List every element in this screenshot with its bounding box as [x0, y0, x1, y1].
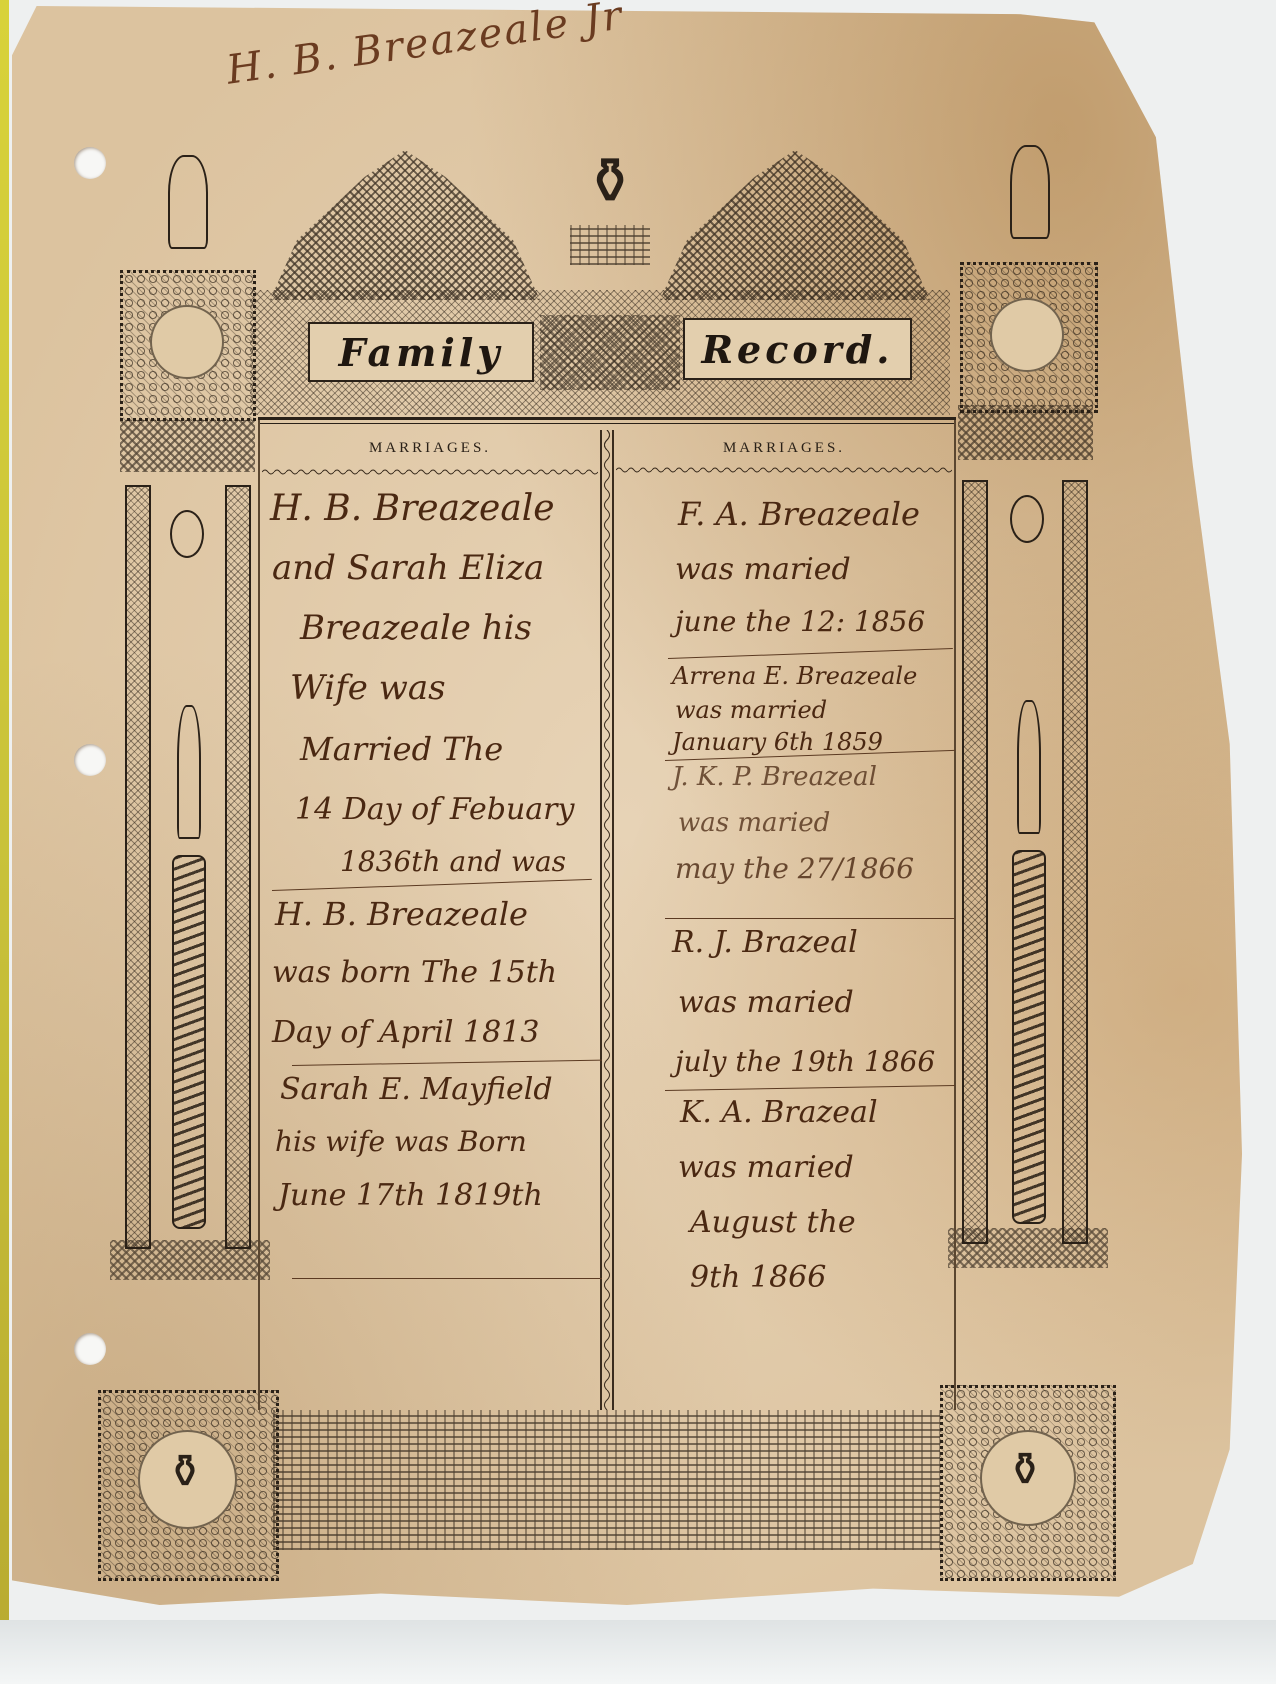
- handwritten-line: 1836th and was: [340, 845, 566, 878]
- left-checker-band: [120, 420, 255, 472]
- punch-hole: [74, 147, 106, 179]
- handwritten-line: 9th 1866: [690, 1260, 826, 1295]
- column-heading-right: MARRIAGES.: [616, 440, 952, 457]
- title-record: Record.: [701, 327, 893, 372]
- right-spire: [1017, 700, 1041, 834]
- right-inner-column: [1062, 480, 1088, 1244]
- bottom-ornamental-band: [273, 1410, 940, 1550]
- title-right-box: Record.: [683, 318, 912, 380]
- finial-ornament: [168, 155, 208, 249]
- handwritten-line: 14 Day of Febuary: [295, 792, 574, 827]
- left-twisted-column: [172, 855, 206, 1229]
- right-twisted-column: [1012, 850, 1046, 1224]
- handwritten-line: F. A. Breazeale: [678, 495, 920, 533]
- entry-separator: [665, 918, 955, 919]
- handwritten-line: Sarah E. Mayfield: [280, 1072, 553, 1107]
- handwritten-line: Married The: [300, 730, 503, 768]
- right-outer-column: [962, 480, 988, 1244]
- wavy-rule-left: [262, 468, 598, 476]
- right-frame-line: [954, 420, 956, 1410]
- sleeve-edge: [0, 1620, 1276, 1684]
- wavy-divider: [600, 430, 614, 1410]
- handwritten-line: and Sarah Eliza: [272, 548, 544, 588]
- handwritten-line: may the 27/1866: [675, 852, 914, 885]
- handwritten-line: R. J. Brazeal: [672, 925, 858, 960]
- urn-icon: ⚱: [150, 1448, 220, 1494]
- handwritten-line: August the: [690, 1205, 856, 1240]
- handwritten-line: july the 19th 1866: [675, 1045, 935, 1078]
- handwritten-line: January 6th 1859: [672, 728, 883, 756]
- medallion: [990, 298, 1064, 372]
- urn-icon: ⚱: [990, 1446, 1060, 1492]
- handwritten-line: June 17th 1819th: [278, 1178, 543, 1213]
- hanging-ornament: [170, 510, 204, 558]
- medallion: [150, 305, 224, 379]
- right-column-base: [948, 1228, 1108, 1268]
- handwritten-line: june the 12: 1856: [675, 605, 925, 638]
- right-checker-band: [958, 405, 1093, 460]
- handwritten-line: was married: [675, 696, 827, 724]
- handwritten-line: was maried: [678, 808, 830, 838]
- finial-ornament: [1010, 145, 1050, 239]
- left-outer-column: [125, 485, 151, 1249]
- handwritten-line: K. A. Brazeal: [680, 1095, 878, 1130]
- wavy-rule-right: [616, 466, 952, 474]
- title-left-box: Family: [308, 322, 534, 382]
- punch-hole: [74, 1333, 106, 1365]
- handwritten-line: H. B. Breazeale: [275, 895, 528, 933]
- left-spire: [177, 705, 201, 839]
- title-family: Family: [339, 330, 504, 375]
- handwritten-line: Day of April 1813: [272, 1015, 539, 1050]
- punch-hole: [74, 744, 106, 776]
- header-rule-thin: [258, 423, 956, 424]
- urn-pedestal: [570, 225, 650, 265]
- handwritten-line: was born The 15th: [272, 955, 557, 990]
- center-ornament: [540, 315, 680, 390]
- handwritten-line: J. K. P. Breazeal: [672, 762, 877, 792]
- handwritten-line: his wife was Born: [275, 1125, 527, 1158]
- handwritten-line: H. B. Breazeale: [270, 488, 555, 529]
- handwritten-line: was maried: [678, 985, 854, 1020]
- handwritten-line: Arrena E. Breazeale: [672, 662, 917, 690]
- handwritten-line: Breazeale his: [300, 608, 532, 648]
- header-rule: [258, 417, 956, 420]
- entry-separator: [292, 1278, 602, 1279]
- left-inner-column: [225, 485, 251, 1249]
- urn-icon: ⚱: [575, 150, 645, 214]
- left-frame-line: [258, 420, 260, 1410]
- column-heading-left: MARRIAGES.: [262, 440, 598, 457]
- handwritten-line: Wife was: [290, 668, 446, 708]
- binder-edge: [0, 0, 9, 1684]
- handwritten-line: was maried: [675, 552, 851, 587]
- left-column-base: [110, 1240, 270, 1280]
- hanging-ornament: [1010, 495, 1044, 543]
- handwritten-line: was maried: [678, 1150, 854, 1185]
